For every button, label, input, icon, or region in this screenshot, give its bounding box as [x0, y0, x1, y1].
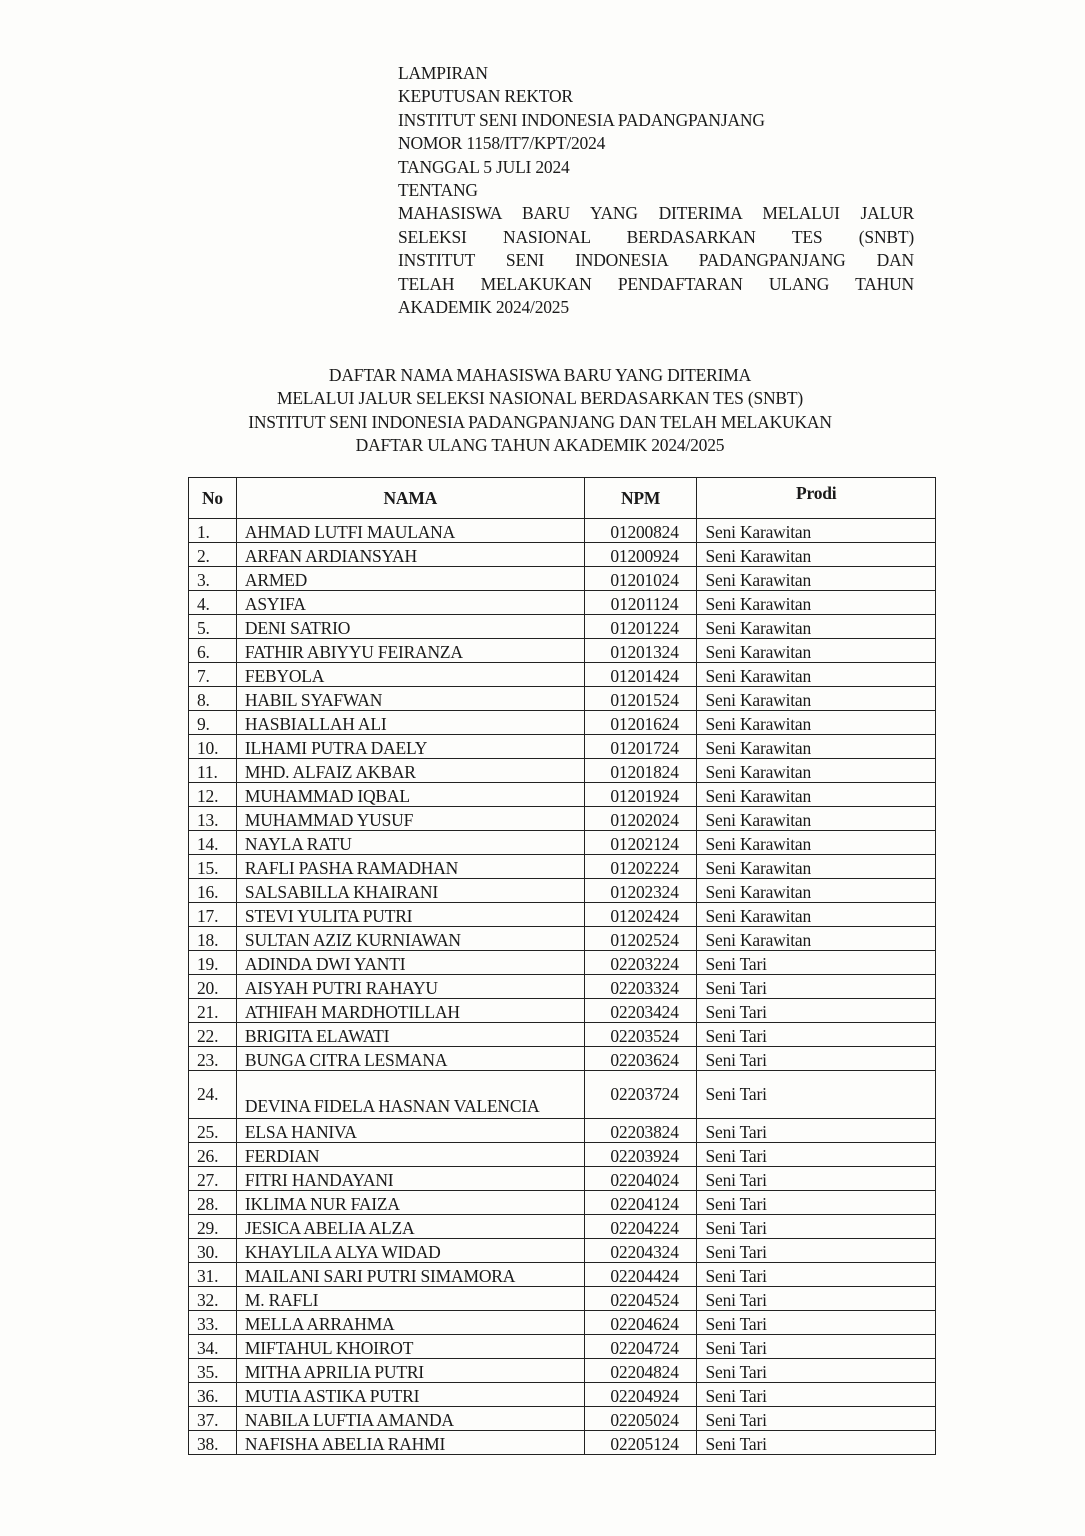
table-row: 14.NAYLA RATU01202124Seni Karawitan: [189, 831, 936, 855]
student-name: BRIGITA ELAWATI: [236, 1023, 584, 1047]
subject-line: TELAH MELAKUKAN PENDAFTARAN ULANG TAHUN: [398, 273, 914, 296]
student-prodi: Seni Karawitan: [697, 735, 936, 759]
student-npm: 01201424: [584, 663, 697, 687]
student-npm: 01201224: [584, 615, 697, 639]
row-number: 25.: [189, 1119, 237, 1143]
student-name: ARMED: [236, 567, 584, 591]
student-npm: 02204724: [584, 1335, 697, 1359]
decree-date: TANGGAL 5 JULI 2024: [398, 156, 914, 179]
title-line: DAFTAR ULANG TAHUN AKADEMIK 2024/2025: [150, 434, 930, 457]
student-npm: 02203824: [584, 1119, 697, 1143]
table-row: 3.ARMED01201024Seni Karawitan: [189, 567, 936, 591]
student-name: MAILANI SARI PUTRI SIMAMORA: [236, 1263, 584, 1287]
row-number: 15.: [189, 855, 237, 879]
student-name: MUTIA ASTIKA PUTRI: [236, 1383, 584, 1407]
student-name: AHMAD LUTFI MAULANA: [236, 519, 584, 543]
student-prodi: Seni Karawitan: [697, 543, 936, 567]
student-prodi: Seni Tari: [697, 1407, 936, 1431]
table-row: 27.FITRI HANDAYANI02204024Seni Tari: [189, 1167, 936, 1191]
student-npm: 01201124: [584, 591, 697, 615]
table-row: 12.MUHAMMAD IQBAL01201924Seni Karawitan: [189, 783, 936, 807]
row-number: 37.: [189, 1407, 237, 1431]
student-npm: 01201024: [584, 567, 697, 591]
row-number: 1.: [189, 519, 237, 543]
lampiran-label: LAMPIRAN: [398, 62, 914, 85]
student-prodi: Seni Tari: [697, 999, 936, 1023]
table-row: 6.FATHIR ABIYYU FEIRANZA01201324Seni Kar…: [189, 639, 936, 663]
table-row: 20.AISYAH PUTRI RAHAYU02203324Seni Tari: [189, 975, 936, 999]
student-prodi: Seni Tari: [697, 1023, 936, 1047]
student-npm: 01202524: [584, 927, 697, 951]
row-number: 5.: [189, 615, 237, 639]
table-row: 19.ADINDA DWI YANTI02203224Seni Tari: [189, 951, 936, 975]
table-row: 37.NABILA LUFTIA AMANDA02205024Seni Tari: [189, 1407, 936, 1431]
row-number: 38.: [189, 1431, 237, 1455]
student-prodi: Seni Tari: [697, 1071, 936, 1119]
table-row: 16.SALSABILLA KHAIRANI01202324Seni Karaw…: [189, 879, 936, 903]
student-name: ARFAN ARDIANSYAH: [236, 543, 584, 567]
row-number: 2.: [189, 543, 237, 567]
lampiran-header: LAMPIRAN KEPUTUSAN REKTOR INSTITUT SENI …: [398, 62, 914, 319]
student-name: HASBIALLAH ALI: [236, 711, 584, 735]
student-name: FERDIAN: [236, 1143, 584, 1167]
row-number: 4.: [189, 591, 237, 615]
row-number: 26.: [189, 1143, 237, 1167]
institution-name: INSTITUT SENI INDONESIA PADANGPANJANG: [398, 109, 914, 132]
student-prodi: Seni Karawitan: [697, 927, 936, 951]
table-row: 35.MITHA APRILIA PUTRI02204824Seni Tari: [189, 1359, 936, 1383]
table-row: 4.ASYIFA01201124Seni Karawitan: [189, 591, 936, 615]
student-name: DENI SATRIO: [236, 615, 584, 639]
table-row: 13.MUHAMMAD YUSUF01202024Seni Karawitan: [189, 807, 936, 831]
row-number: 28.: [189, 1191, 237, 1215]
row-number: 31.: [189, 1263, 237, 1287]
student-prodi: Seni Karawitan: [697, 903, 936, 927]
student-name: NAYLA RATU: [236, 831, 584, 855]
student-prodi: Seni Tari: [697, 1191, 936, 1215]
student-name: STEVI YULITA PUTRI: [236, 903, 584, 927]
student-prodi: Seni Karawitan: [697, 855, 936, 879]
student-prodi: Seni Tari: [697, 1119, 936, 1143]
student-prodi: Seni Tari: [697, 1047, 936, 1071]
row-number: 33.: [189, 1311, 237, 1335]
student-name: ELSA HANIVA: [236, 1119, 584, 1143]
student-name: RAFLI PASHA RAMADHAN: [236, 855, 584, 879]
student-name: M. RAFLI: [236, 1287, 584, 1311]
student-name: MELLA ARRAHMA: [236, 1311, 584, 1335]
row-number: 16.: [189, 879, 237, 903]
subject-line: INSTITUT SENI INDONESIA PADANGPANJANG DA…: [398, 249, 914, 272]
row-number: 21.: [189, 999, 237, 1023]
student-name: IKLIMA NUR FAIZA: [236, 1191, 584, 1215]
row-number: 10.: [189, 735, 237, 759]
student-prodi: Seni Karawitan: [697, 831, 936, 855]
student-prodi: Seni Karawitan: [697, 639, 936, 663]
table-row: 36.MUTIA ASTIKA PUTRI02204924Seni Tari: [189, 1383, 936, 1407]
document-title: DAFTAR NAMA MAHASISWA BARU YANG DITERIMA…: [150, 364, 930, 458]
table-row: 34.MIFTAHUL KHOIROT02204724Seni Tari: [189, 1335, 936, 1359]
student-name: MHD. ALFAIZ AKBAR: [236, 759, 584, 783]
table-row: 5.DENI SATRIO01201224Seni Karawitan: [189, 615, 936, 639]
header-no: No: [189, 478, 237, 519]
row-number: 9.: [189, 711, 237, 735]
student-npm: 01202024: [584, 807, 697, 831]
student-prodi: Seni Karawitan: [697, 879, 936, 903]
student-prodi: Seni Tari: [697, 1287, 936, 1311]
table-row: 11.MHD. ALFAIZ AKBAR01201824Seni Karawit…: [189, 759, 936, 783]
table-row: 15.RAFLI PASHA RAMADHAN01202224Seni Kara…: [189, 855, 936, 879]
header-nama: NAMA: [236, 478, 584, 519]
student-npm: 01201524: [584, 687, 697, 711]
student-npm: 02204624: [584, 1311, 697, 1335]
student-name: NABILA LUFTIA AMANDA: [236, 1407, 584, 1431]
student-npm: 02205124: [584, 1431, 697, 1455]
student-name: BUNGA CITRA LESMANA: [236, 1047, 584, 1071]
student-name: ADINDA DWI YANTI: [236, 951, 584, 975]
student-npm: 02203524: [584, 1023, 697, 1047]
header-npm: NPM: [584, 478, 697, 519]
student-npm: 01202224: [584, 855, 697, 879]
student-prodi: Seni Karawitan: [697, 687, 936, 711]
table-row: 1.AHMAD LUTFI MAULANA01200824Seni Karawi…: [189, 519, 936, 543]
student-npm: 02204024: [584, 1167, 697, 1191]
table-row: 28.IKLIMA NUR FAIZA02204124Seni Tari: [189, 1191, 936, 1215]
row-number: 7.: [189, 663, 237, 687]
table-row: 2.ARFAN ARDIANSYAH01200924Seni Karawitan: [189, 543, 936, 567]
student-npm: 02203224: [584, 951, 697, 975]
student-name: HABIL SYAFWAN: [236, 687, 584, 711]
row-number: 3.: [189, 567, 237, 591]
subject-line: MAHASISWA BARU YANG DITERIMA MELALUI JAL…: [398, 202, 914, 225]
row-number: 12.: [189, 783, 237, 807]
student-npm: 01200924: [584, 543, 697, 567]
student-name: ATHIFAH MARDHOTILLAH: [236, 999, 584, 1023]
row-number: 20.: [189, 975, 237, 999]
title-line: MELALUI JALUR SELEKSI NASIONAL BERDASARK…: [150, 387, 930, 410]
student-npm: 02203624: [584, 1047, 697, 1071]
table-body: 1.AHMAD LUTFI MAULANA01200824Seni Karawi…: [189, 519, 936, 1455]
student-npm: 02203924: [584, 1143, 697, 1167]
student-npm: 02204924: [584, 1383, 697, 1407]
student-npm: 02203424: [584, 999, 697, 1023]
student-prodi: Seni Tari: [697, 1335, 936, 1359]
row-number: 19.: [189, 951, 237, 975]
table-row: 33.MELLA ARRAHMA02204624Seni Tari: [189, 1311, 936, 1335]
student-prodi: Seni Karawitan: [697, 807, 936, 831]
subject-line: SELEKSI NASIONAL BERDASARKAN TES (SNBT): [398, 226, 914, 249]
table-header-row: No NAMA NPM Prodi: [189, 478, 936, 519]
student-npm: 01201924: [584, 783, 697, 807]
row-number: 29.: [189, 1215, 237, 1239]
student-name: FATHIR ABIYYU FEIRANZA: [236, 639, 584, 663]
student-npm: 02203724: [584, 1071, 697, 1119]
row-number: 18.: [189, 927, 237, 951]
row-number: 23.: [189, 1047, 237, 1071]
student-npm: 01202324: [584, 879, 697, 903]
student-prodi: Seni Tari: [697, 1431, 936, 1455]
student-name: JESICA ABELIA ALZA: [236, 1215, 584, 1239]
table-row: 22.BRIGITA ELAWATI02203524Seni Tari: [189, 1023, 936, 1047]
table-row: 31.MAILANI SARI PUTRI SIMAMORA02204424Se…: [189, 1263, 936, 1287]
student-prodi: Seni Karawitan: [697, 759, 936, 783]
student-name: MUHAMMAD IQBAL: [236, 783, 584, 807]
tentang-label: TENTANG: [398, 179, 914, 202]
row-number: 13.: [189, 807, 237, 831]
title-line: DAFTAR NAMA MAHASISWA BARU YANG DITERIMA: [150, 364, 930, 387]
row-number: 24.: [189, 1071, 237, 1119]
student-npm: 02204324: [584, 1239, 697, 1263]
student-prodi: Seni Tari: [697, 1215, 936, 1239]
student-name: FITRI HANDAYANI: [236, 1167, 584, 1191]
student-name: NAFISHA ABELIA RAHMI: [236, 1431, 584, 1455]
table-row: 21.ATHIFAH MARDHOTILLAH02203424Seni Tari: [189, 999, 936, 1023]
table-row: 25.ELSA HANIVA02203824Seni Tari: [189, 1119, 936, 1143]
row-number: 17.: [189, 903, 237, 927]
student-prodi: Seni Karawitan: [697, 519, 936, 543]
student-npm: 01201324: [584, 639, 697, 663]
student-npm: 02204424: [584, 1263, 697, 1287]
table-row: 8.HABIL SYAFWAN01201524Seni Karawitan: [189, 687, 936, 711]
table-row: 32.M. RAFLI02204524Seni Tari: [189, 1287, 936, 1311]
table-row: 7.FEBYOLA01201424Seni Karawitan: [189, 663, 936, 687]
row-number: 35.: [189, 1359, 237, 1383]
table-row: 9.HASBIALLAH ALI01201624Seni Karawitan: [189, 711, 936, 735]
student-prodi: Seni Tari: [697, 1263, 936, 1287]
row-number: 34.: [189, 1335, 237, 1359]
student-name: ILHAMI PUTRA DAELY: [236, 735, 584, 759]
student-prodi: Seni Karawitan: [697, 567, 936, 591]
student-name: SALSABILLA KHAIRANI: [236, 879, 584, 903]
row-number: 22.: [189, 1023, 237, 1047]
table-row: 24.DEVINA FIDELA HASNAN VALENCIA02203724…: [189, 1071, 936, 1119]
student-npm: 02203324: [584, 975, 697, 999]
row-number: 30.: [189, 1239, 237, 1263]
student-npm: 01200824: [584, 519, 697, 543]
student-prodi: Seni Tari: [697, 951, 936, 975]
table-row: 38.NAFISHA ABELIA RAHMI02205124Seni Tari: [189, 1431, 936, 1455]
student-npm: 02204524: [584, 1287, 697, 1311]
student-name: ASYIFA: [236, 591, 584, 615]
student-prodi: Seni Tari: [697, 975, 936, 999]
table-row: 10.ILHAMI PUTRA DAELY01201724Seni Karawi…: [189, 735, 936, 759]
student-name: MUHAMMAD YUSUF: [236, 807, 584, 831]
student-prodi: Seni Tari: [697, 1239, 936, 1263]
student-npm: 02204824: [584, 1359, 697, 1383]
student-prodi: Seni Karawitan: [697, 663, 936, 687]
student-name: AISYAH PUTRI RAHAYU: [236, 975, 584, 999]
row-number: 14.: [189, 831, 237, 855]
row-number: 8.: [189, 687, 237, 711]
table-row: 17.STEVI YULITA PUTRI01202424Seni Karawi…: [189, 903, 936, 927]
row-number: 11.: [189, 759, 237, 783]
student-prodi: Seni Tari: [697, 1167, 936, 1191]
student-prodi: Seni Tari: [697, 1359, 936, 1383]
student-name: DEVINA FIDELA HASNAN VALENCIA: [236, 1071, 584, 1119]
student-prodi: Seni Karawitan: [697, 783, 936, 807]
student-npm: 01201624: [584, 711, 697, 735]
header-prodi: Prodi: [697, 478, 936, 519]
student-prodi: Seni Karawitan: [697, 615, 936, 639]
student-npm: 01201824: [584, 759, 697, 783]
title-line: INSTITUT SENI INDONESIA PADANGPANJANG DA…: [150, 411, 930, 434]
decree-subject: MAHASISWA BARU YANG DITERIMA MELALUI JAL…: [398, 202, 914, 319]
student-prodi: Seni Karawitan: [697, 591, 936, 615]
student-prodi: Seni Tari: [697, 1143, 936, 1167]
student-npm: 02205024: [584, 1407, 697, 1431]
student-name: KHAYLILA ALYA WIDAD: [236, 1239, 584, 1263]
table-row: 18.SULTAN AZIZ KURNIAWAN01202524Seni Kar…: [189, 927, 936, 951]
student-npm: 02204224: [584, 1215, 697, 1239]
row-number: 27.: [189, 1167, 237, 1191]
student-prodi: Seni Tari: [697, 1383, 936, 1407]
student-name: MITHA APRILIA PUTRI: [236, 1359, 584, 1383]
student-npm: 01202124: [584, 831, 697, 855]
student-name: SULTAN AZIZ KURNIAWAN: [236, 927, 584, 951]
student-npm: 01202424: [584, 903, 697, 927]
row-number: 32.: [189, 1287, 237, 1311]
student-prodi: Seni Tari: [697, 1311, 936, 1335]
subject-line: AKADEMIK 2024/2025: [398, 296, 914, 319]
decree-type: KEPUTUSAN REKTOR: [398, 85, 914, 108]
row-number: 6.: [189, 639, 237, 663]
table-row: 23.BUNGA CITRA LESMANA02203624Seni Tari: [189, 1047, 936, 1071]
table-row: 26.FERDIAN02203924Seni Tari: [189, 1143, 936, 1167]
table-row: 29.JESICA ABELIA ALZA02204224Seni Tari: [189, 1215, 936, 1239]
student-npm: 01201724: [584, 735, 697, 759]
table-row: 30.KHAYLILA ALYA WIDAD02204324Seni Tari: [189, 1239, 936, 1263]
student-name: MIFTAHUL KHOIROT: [236, 1335, 584, 1359]
student-table: No NAMA NPM Prodi 1.AHMAD LUTFI MAULANA0…: [188, 477, 936, 1455]
student-npm: 02204124: [584, 1191, 697, 1215]
row-number: 36.: [189, 1383, 237, 1407]
student-prodi: Seni Karawitan: [697, 711, 936, 735]
student-name: FEBYOLA: [236, 663, 584, 687]
decree-number: NOMOR 1158/IT7/KPT/2024: [398, 132, 914, 155]
